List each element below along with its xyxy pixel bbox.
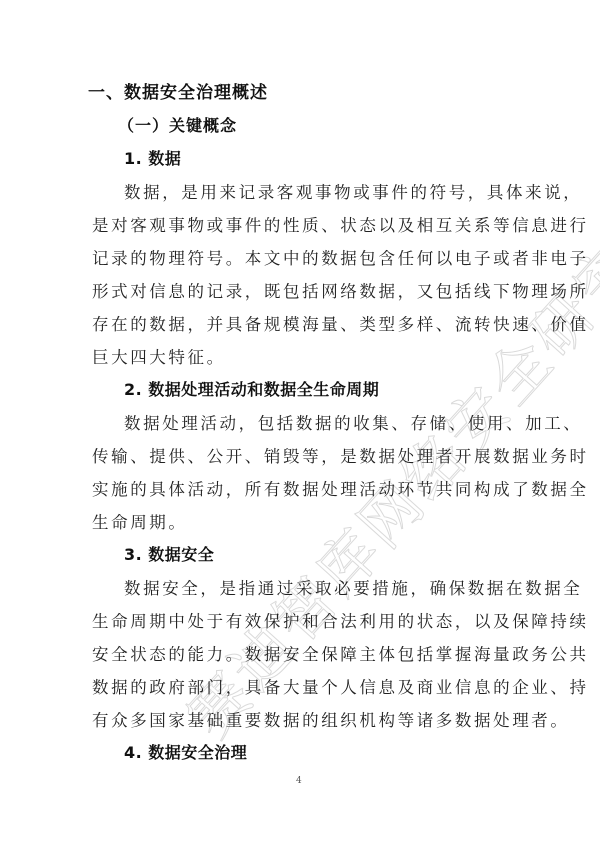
section-title: 一、数据安全治理概述 bbox=[88, 78, 268, 103]
item-heading-3: 3. 数据安全 bbox=[124, 542, 214, 565]
item-heading-4: 4. 数据安全治理 bbox=[124, 740, 247, 763]
item-heading-2: 2. 数据处理活动和数据全生命周期 bbox=[124, 377, 379, 400]
paragraph-line: 生命周期。 bbox=[92, 509, 188, 533]
paragraph-line: 有众多国家基础重要数据的组织机构等诸多数据处理者。 bbox=[92, 707, 570, 731]
subsection-title: （一）关键概念 bbox=[118, 113, 237, 136]
paragraph-line: 形式对信息的记录，既包括网络数据，又包括线下物理场所 bbox=[92, 278, 589, 302]
paragraph-line: 数据的政府部门，具备大量个人信息及商业信息的企业、持 bbox=[92, 674, 589, 698]
paragraph-line: 实施的具体活动，所有数据处理活动环节共同构成了数据全 bbox=[92, 476, 589, 500]
page-number: 4 bbox=[296, 776, 302, 786]
paragraph-line: 是对客观事物或事件的性质、状态以及相互关系等信息进行 bbox=[92, 212, 589, 236]
paragraph-line: 数据安全，是指通过采取必要措施，确保数据在数据全 bbox=[124, 575, 582, 599]
paragraph-line: 安全状态的能力。数据安全保障主体包括掌握海量政务公共 bbox=[92, 641, 589, 665]
item-heading-1: 1. 数据 bbox=[124, 146, 181, 169]
paragraph-line: 数据，是用来记录客观事物或事件的符号，具体来说， bbox=[124, 179, 582, 203]
paragraph-line: 数据处理活动，包括数据的收集、存储、使用、加工、 bbox=[124, 410, 582, 434]
paragraph-line: 生命周期中处于有效保护和合法利用的状态，以及保障持续 bbox=[92, 608, 589, 632]
paragraph-line: 巨大四大特征。 bbox=[92, 344, 226, 368]
paragraph-line: 记录的物理符号。本文中的数据包含任何以电子或者非电子 bbox=[92, 245, 589, 269]
document-page: 赛迪智库网络安全研究所 一、数据安全治理概述 （一）关键概念 1. 数据 数据，… bbox=[0, 0, 600, 848]
paragraph-line: 传输、提供、公开、销毁等，是数据处理者开展数据业务时 bbox=[92, 443, 589, 467]
paragraph-line: 存在的数据，并具备规模海量、类型多样、流转快速、价值 bbox=[92, 311, 589, 335]
